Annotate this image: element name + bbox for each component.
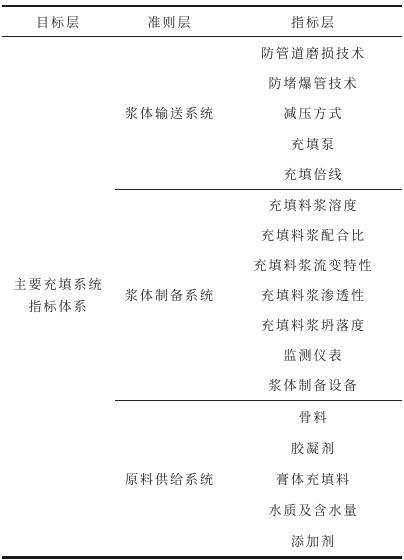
table-body: 主要充填系统 指标体系 浆体输送系统 防管道磨损技术 防堵爆管技术 减压方式 充…	[2, 37, 402, 556]
indicator-cell: 充填料浆渗透性	[225, 280, 402, 310]
indicator-cell: 浆体制备设备	[225, 370, 402, 400]
criterion-group-raw-material-supply: 原料供给系统 骨料 胶凝剂 膏体充填料 水质及含水量 添加剂	[115, 401, 402, 556]
criterion-label: 浆体制备系统	[115, 190, 225, 400]
indicator-cell: 胶凝剂	[225, 432, 402, 463]
indicator-cell: 充填料浆溶度	[225, 190, 402, 220]
indicator-cell: 充填泵	[225, 128, 402, 158]
indicator-list: 充填料浆溶度 充填料浆配合比 充填料浆流变特性 充填料浆渗透性 充填料浆坍落度 …	[225, 190, 402, 400]
indicator-cell: 防堵爆管技术	[225, 67, 402, 97]
indicator-cell: 防管道磨损技术	[225, 37, 402, 67]
criterion-label: 浆体输送系统	[115, 37, 225, 189]
indicator-list: 骨料 胶凝剂 膏体充填料 水质及含水量 添加剂	[225, 401, 402, 556]
indicator-cell: 充填倍线	[225, 159, 402, 189]
indicator-list: 防管道磨损技术 防堵爆管技术 减压方式 充填泵 充填倍线	[225, 37, 402, 189]
indicator-cell: 监测仪表	[225, 340, 402, 370]
target-layer-cell: 主要充填系统 指标体系	[2, 37, 115, 556]
indicator-cell: 充填料浆流变特性	[225, 250, 402, 280]
target-layer-label-line1: 主要充填系统	[13, 274, 103, 296]
header-target-layer: 目标层	[2, 12, 115, 31]
indicator-cell: 充填料浆坍落度	[225, 310, 402, 340]
indicator-system-table: 目标层 准则层 指标层 主要充填系统 指标体系 浆体输送系统 防管道磨损技术 防…	[2, 5, 402, 559]
criterion-group-slurry-transport: 浆体输送系统 防管道磨损技术 防堵爆管技术 减压方式 充填泵 充填倍线	[115, 37, 402, 190]
indicator-cell: 骨料	[225, 401, 402, 432]
indicator-cell: 充填料浆配合比	[225, 220, 402, 250]
table-header-row: 目标层 准则层 指标层	[2, 7, 402, 37]
header-criterion-layer: 准则层	[115, 12, 225, 31]
indicator-cell: 膏体充填料	[225, 463, 402, 494]
header-indicator-layer: 指标层	[225, 12, 402, 31]
indicator-cell: 减压方式	[225, 98, 402, 128]
indicator-cell: 添加剂	[225, 525, 402, 556]
target-layer-label-line2: 指标体系	[28, 296, 88, 318]
criterion-label: 原料供给系统	[115, 401, 225, 556]
criterion-groups: 浆体输送系统 防管道磨损技术 防堵爆管技术 减压方式 充填泵 充填倍线 浆体制备…	[115, 37, 402, 556]
criterion-group-slurry-preparation: 浆体制备系统 充填料浆溶度 充填料浆配合比 充填料浆流变特性 充填料浆渗透性 充…	[115, 190, 402, 401]
indicator-cell: 水质及含水量	[225, 494, 402, 525]
